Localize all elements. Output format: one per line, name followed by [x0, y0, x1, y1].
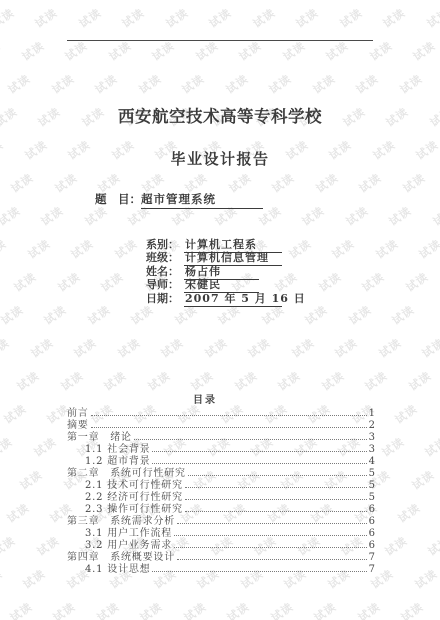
toc-entry: 第一章 绪论3	[67, 428, 375, 440]
header-rule	[67, 40, 373, 41]
document-page: 试读试读试读试读试读试读试读试读试读试读试读试读试读试读试读试读试读试读试读试读…	[0, 0, 440, 620]
toc-entry: 2.3 操作可行性研究6	[67, 500, 375, 512]
toc-entry: 2.2 经济可行性研究5	[67, 488, 375, 500]
page-content: 西安航空技术高等专科学校 毕业设计报告 题 目：超市管理系统 系别：计算机工程系…	[0, 0, 440, 620]
toc-page-number: 5	[369, 492, 375, 503]
toc-entry: 1.2 超市背景4	[67, 452, 375, 464]
toc-page-number: 5	[369, 468, 375, 479]
toc-page-number: 4	[369, 456, 375, 467]
toc-page-number: 1	[369, 408, 375, 419]
toc-page-number: 6	[369, 516, 375, 527]
info-row: 班级：计算机信息管理	[146, 249, 282, 262]
toc-title: 目录	[67, 391, 343, 404]
toc-entry: 4.1 设计思想7	[67, 560, 375, 572]
info-row: 系别：计算机工程系	[146, 236, 282, 249]
toc-entry: 前言1	[67, 404, 375, 416]
info-label: 日期：	[146, 290, 184, 306]
topic-value: 超市管理系统	[141, 191, 263, 209]
toc-entry: 1.1 社会背景3	[67, 440, 375, 452]
report-title: 毕业设计报告	[0, 148, 440, 169]
toc-dot-leader	[174, 547, 367, 548]
table-of-contents: 目录 前言1摘要2第一章 绪论31.1 社会背景31.2 超市背景4第二章 系统…	[67, 391, 375, 572]
toc-entry: 第四章 系统概要设计7	[67, 548, 375, 560]
school-title: 西安航空技术高等专科学校	[0, 103, 440, 127]
info-row: 导师：宋健民	[146, 276, 282, 289]
toc-page-number: 3	[369, 432, 375, 443]
toc-page-number: 6	[369, 528, 375, 539]
toc-entries: 前言1摘要2第一章 绪论31.1 社会背景31.2 超市背景4第二章 系统可行性…	[67, 404, 375, 572]
toc-entry-title: 4.1 设计思想	[85, 560, 150, 575]
toc-dot-leader	[152, 571, 366, 572]
toc-dot-leader	[185, 487, 367, 488]
toc-entry: 2.1 技术可行性研究5	[67, 476, 375, 488]
toc-entry: 3.2 用户业务需求6	[67, 536, 375, 548]
info-block: 系别：计算机工程系班级：计算机信息管理姓名：杨占伟导师：宋健民日期：2007 年…	[146, 236, 282, 303]
toc-dot-leader	[152, 451, 366, 452]
topic-line: 题 目：超市管理系统	[95, 191, 263, 209]
toc-entry: 第二章 系统可行性研究5	[67, 464, 375, 476]
toc-page-number: 5	[369, 480, 375, 491]
toc-dot-leader	[185, 511, 367, 512]
toc-dot-leader	[177, 523, 367, 524]
topic-label: 题 目：	[95, 192, 141, 206]
toc-page-number: 7	[369, 552, 375, 563]
toc-page-number: 3	[369, 444, 375, 455]
toc-page-number: 6	[369, 540, 375, 551]
toc-entry: 第三章 系统需求分析6	[67, 512, 375, 524]
toc-dot-leader	[174, 535, 367, 536]
toc-dot-leader	[188, 475, 367, 476]
toc-page-number: 7	[369, 564, 375, 575]
toc-page-number: 2	[369, 420, 375, 431]
toc-dot-leader	[185, 499, 367, 500]
toc-dot-leader	[177, 559, 367, 560]
toc-dot-leader	[134, 439, 367, 440]
info-value: 2007 年 5 月 16 日	[184, 290, 282, 307]
toc-entry: 3.1 用户工作流程6	[67, 524, 375, 536]
toc-dot-leader	[91, 415, 367, 416]
info-row: 日期：2007 年 5 月 16 日	[146, 290, 282, 303]
toc-page-number: 6	[369, 504, 375, 515]
toc-dot-leader	[91, 427, 367, 428]
toc-entry: 摘要2	[67, 416, 375, 428]
